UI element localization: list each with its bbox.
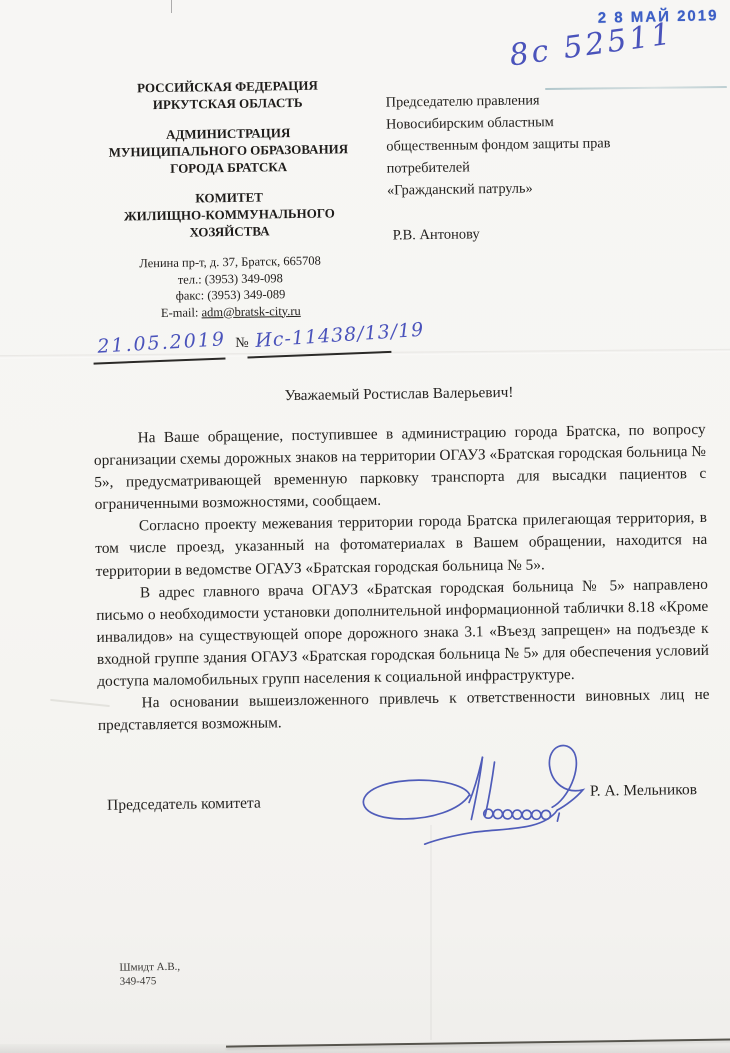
body-paragraph: В адрес главного врача ОГАУЗ «Братская г… bbox=[96, 574, 710, 694]
executor-name: Шмидт А.В., bbox=[119, 960, 180, 975]
executor-phone: 349-475 bbox=[120, 974, 181, 989]
letterhead-contacts: Ленина пр-т, д. 37, Братск, 665708 тел.:… bbox=[74, 252, 387, 323]
letterhead-dept-group: КОМИТЕТ ЖИЛИЩНО-КОММУНАЛЬНОГО ХОЗЯЙСТВА bbox=[73, 187, 386, 243]
letter-content: 2 8 МАЙ 2019 8с 52511 РОССИЙСКАЯ ФЕДЕРАЦ… bbox=[0, 0, 730, 1053]
letterhead-state-group: РОССИЙСКАЯ ФЕДЕРАЦИЯ ИРКУТСКАЯ ОБЛАСТЬ bbox=[71, 76, 383, 115]
handwritten-outgoing-date: 21.05.2019 bbox=[97, 328, 227, 357]
letterhead-region: ИРКУТСКАЯ ОБЛАСТЬ bbox=[72, 93, 384, 115]
paper-sheet: 2 8 МАЙ 2019 8с 52511 РОССИЙСКАЯ ФЕДЕРАЦ… bbox=[0, 0, 730, 1053]
signer-name: Р. А. Мельников bbox=[590, 781, 697, 801]
handwritten-outgoing-number: Ис-11438/13/19 bbox=[255, 319, 425, 352]
body-paragraph: На Ваше обращение, поступившее в админис… bbox=[94, 419, 707, 516]
recipient-line: «Гражданский патруль» bbox=[387, 175, 677, 201]
letter-body: На Ваше обращение, поступившее в админис… bbox=[94, 419, 711, 737]
handwritten-signature bbox=[351, 740, 653, 874]
executor-block: Шмидт А.В., 349-475 bbox=[119, 960, 180, 989]
number-underline bbox=[247, 351, 391, 359]
body-paragraph: Согласно проекту межевания территории го… bbox=[95, 507, 708, 582]
scanned-letter-page: { "stamp": { "date_text": "2 8 МАЙ 2019"… bbox=[0, 0, 730, 1053]
email-address: adm@bratsk-city.ru bbox=[201, 303, 300, 318]
letterhead-org-group: АДМИНИСТРАЦИЯ МУНИЦИПАЛЬНОГО ОБРАЗОВАНИЯ… bbox=[72, 123, 385, 179]
number-sign: № bbox=[235, 336, 249, 352]
date-underline bbox=[94, 357, 226, 364]
recipient-block: Председателю правления Новосибирским обл… bbox=[386, 87, 678, 201]
recipient-name: Р.В. Антонову bbox=[393, 226, 480, 244]
email-label: E-mail: bbox=[161, 305, 202, 320]
signer-position-title: Председатель комитета bbox=[107, 795, 261, 815]
letterhead-dept-line3: ХОЗЯЙСТВА bbox=[73, 221, 385, 243]
letterhead: РОССИЙСКАЯ ФЕДЕРАЦИЯ ИРКУТСКАЯ ОБЛАСТЬ А… bbox=[71, 76, 386, 256]
body-paragraph: На основании вышеизложенного привлечь к … bbox=[97, 684, 710, 737]
email-line: E-mail: adm@bratsk-city.ru bbox=[75, 301, 387, 322]
salutation: Уважаемый Ростислав Валерьевич! bbox=[93, 381, 705, 408]
